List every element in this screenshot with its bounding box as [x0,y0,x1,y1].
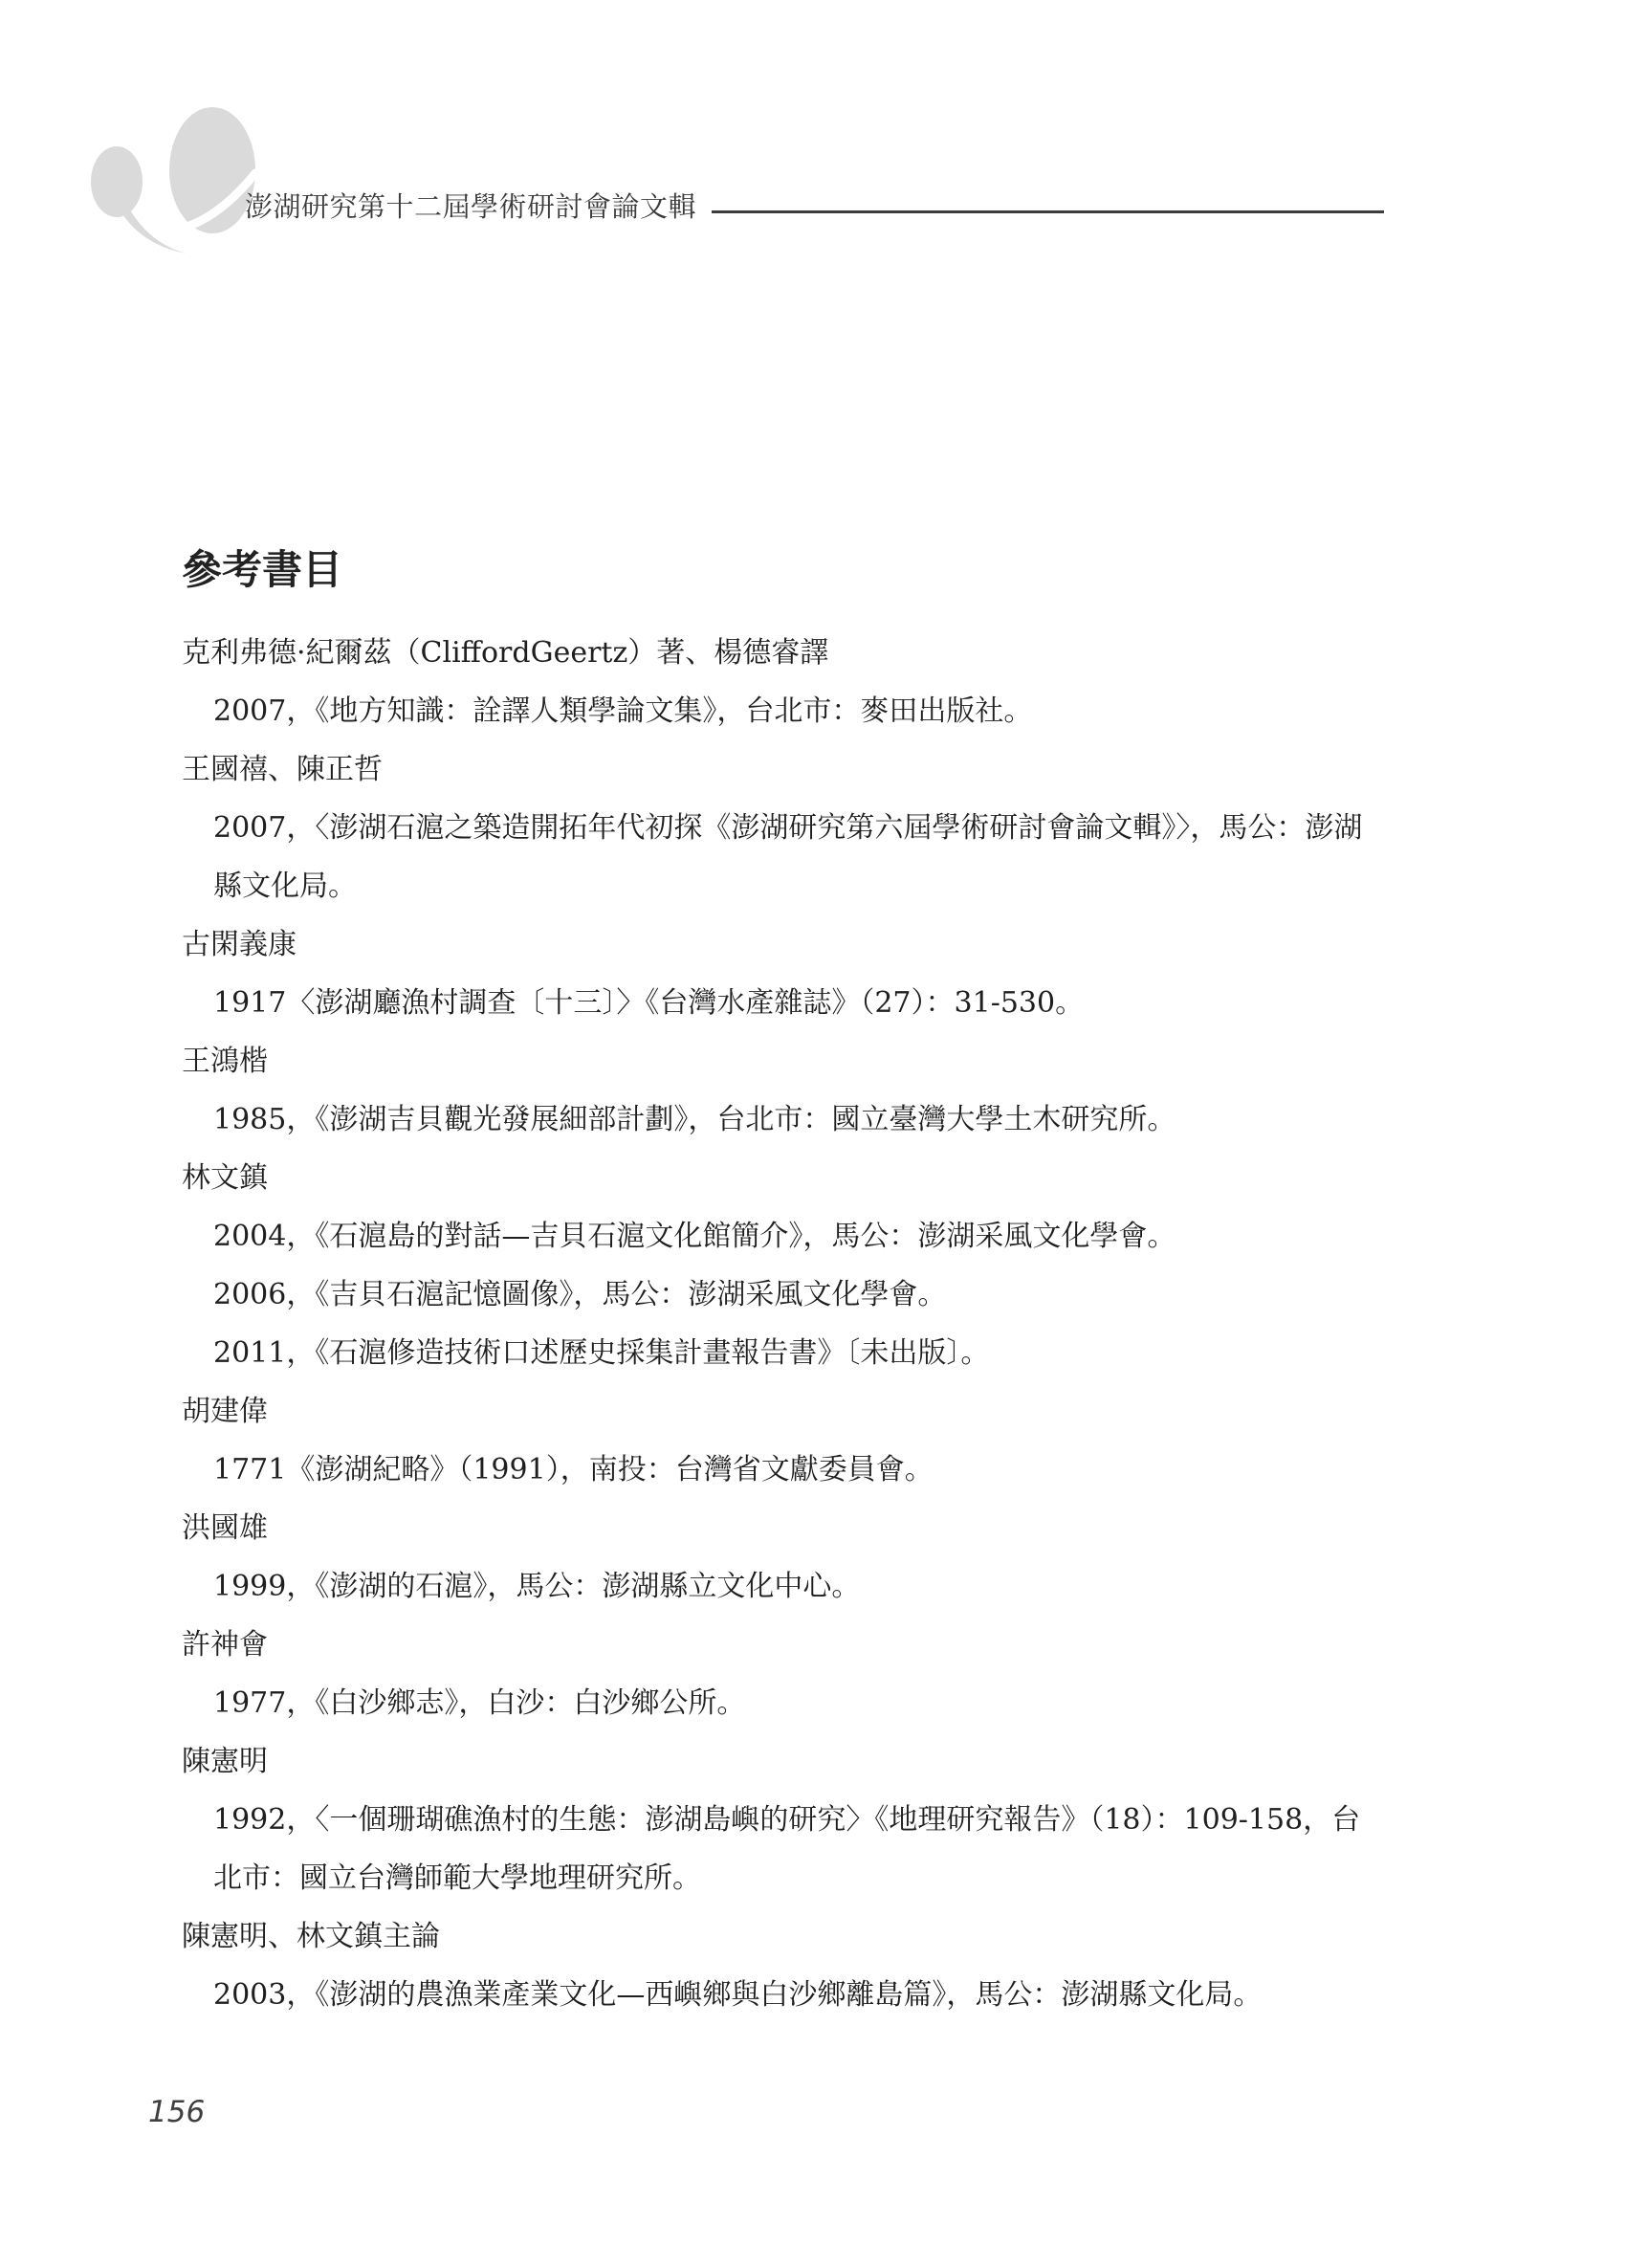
bib-entry-line: 2007，《地方知識：詮譯人類學論文集》，台北市：麥田出版社。 [213,682,1454,740]
bib-entry-line: 2006，《吉貝石滬記憶圖像》，馬公：澎湖采風文化學會。 [213,1266,1454,1324]
bib-entry-line: 1992，〈一個珊瑚礁漁村的生態：澎湖島嶼的研究〉《地理研究報告》（18）：10… [213,1791,1454,1849]
bib-continuation-line: 縣文化局。 [213,857,1454,915]
bib-author-line: 王鴻楷 [182,1032,1454,1090]
bib-entry-line: 2007，〈澎湖石滬之築造開拓年代初探《澎湖研究第六屆學術研討會論文輯》〉，馬公… [213,799,1454,857]
bib-author-line: 胡建偉 [182,1382,1454,1441]
bib-entry-line: 2003，《澎湖的農漁業產業文化—西嶼鄉與白沙鄉離島篇》，馬公：澎湖縣文化局。 [213,1966,1454,2024]
bib-author-line: 陳憲明、林文鎮主論 [182,1907,1454,1966]
bib-entry-line: 1917〈澎湖廳漁村調查〔十三〕〉《台灣水產雜誌》（27）：31-530。 [213,974,1454,1032]
bib-entry-line: 1999，《澎湖的石滬》，馬公：澎湖縣立文化中心。 [213,1557,1454,1616]
bib-author-line: 洪國雄 [182,1499,1454,1557]
bib-entry-line: 2011，《石滬修造技術口述歷史採集計畫報告書》〔未出版〕。 [213,1324,1454,1382]
bib-author-line: 陳憲明 [182,1732,1454,1791]
bib-entry-line: 1985，《澎湖吉貝觀光發展細部計劃》，台北市：國立臺灣大學土木研究所。 [213,1090,1454,1149]
bib-entry-line: 1771《澎湖紀略》（1991），南投：台灣省文獻委員會。 [213,1441,1454,1499]
section-title: 參考書目 [182,545,342,596]
bib-author-line: 王國禧、陳正哲 [182,740,1454,799]
page-number: 156 [148,2095,205,2129]
bib-author-line: 古閑義康 [182,915,1454,974]
bib-author-line: 克利弗德·紀爾茲（CliffordGeertz）著、楊德睿譯 [182,624,1454,682]
bib-entry-line: 1977，《白沙鄉志》，白沙：白沙鄉公所。 [213,1674,1454,1732]
bib-continuation-line: 北市：國立台灣師範大學地理研究所。 [213,1849,1454,1907]
speech-bubble-logo-icon [81,100,273,268]
bib-author-line: 林文鎮 [182,1149,1454,1207]
document-page: 澎湖研究第十二屆學術研討會論文輯 參考書目 克利弗德·紀爾茲（CliffordG… [0,0,1626,2268]
series-title: 澎湖研究第十二屆學術研討會論文輯 [245,189,696,224]
bibliography-list: 克利弗德·紀爾茲（CliffordGeertz）著、楊德睿譯 2007，《地方知… [182,624,1454,2024]
bib-entry-line: 2004，《石滬島的對話—吉貝石滬文化館簡介》，馬公：澎湖采風文化學會。 [213,1207,1454,1266]
header-rule [712,210,1384,213]
bib-author-line: 許神會 [182,1616,1454,1674]
